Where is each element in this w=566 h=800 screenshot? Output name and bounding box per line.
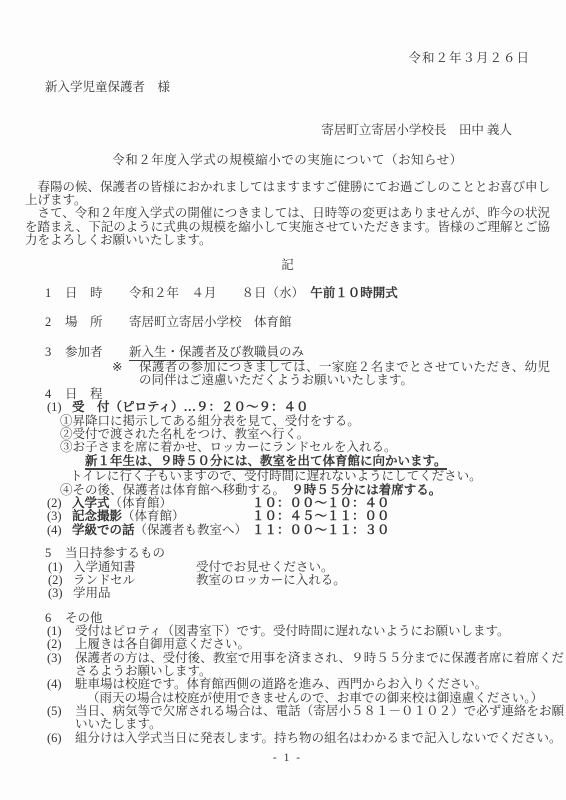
belongings-row-supplies: (3)学用品 (48, 587, 550, 600)
section-label: その他 (65, 611, 103, 625)
section-label: 参加者 (65, 346, 129, 359)
item-text: 当日、病気等で欠席される場合は、電話（寄居小５８１－０１０２）で必ず連絡をお願い… (75, 705, 564, 732)
belongings-row-randoseru: (2)ランドセル 教室のロッカーに入れる。 (48, 574, 550, 587)
section-number: 4 (45, 388, 65, 401)
section-number: 3 (45, 346, 65, 359)
item-text: 保護者の方は、受付後、教室で用事を済まされ、９時５５分までに保護者席に着席くださ… (75, 652, 564, 679)
section-datetime: 1日 時令和２年 ４月 ８日（水） 午前１０時開式 (45, 287, 550, 300)
schedule-item-time: １０：４５～１１：００ (252, 510, 390, 523)
section-label: 場 所 (65, 316, 129, 329)
schedule-item-place: （体育館） (110, 496, 173, 510)
schedule-item-time: １１：００～１１：３０ (252, 524, 390, 537)
note-text: 保護者の参加につきましては、一家庭２名までとさせていただき、幼児の同伴はご遠慮い… (139, 361, 550, 387)
item-subtext: （雨天の場合は校庭が使用できませんので、お車での御来校は御遠慮ください。） (87, 692, 564, 705)
schedule-item-label: 記念撮影 (72, 509, 122, 523)
note-marker: ※ (112, 361, 139, 387)
section-place: 2場 所寄居町立寄居小学校 体育館 (45, 316, 550, 329)
section-participants: 3参加者新入生・保護者及び教職員のみ (45, 346, 550, 359)
seating-deadline: ９時５５分には着席する。 (291, 483, 441, 497)
item-text-main: 駐車場は校庭です。体育館西側の道路を進み、西門からお入りください。 (75, 677, 487, 691)
addressee: 新入学児童保護者 様 (45, 81, 550, 94)
item-text-main: 保護者の方は、受付後、教室で用事を済まされ、９時５５分までに保護者席に着席くださ… (75, 651, 564, 678)
section-label: 日 時 (65, 287, 129, 300)
section-number: 2 (45, 316, 65, 329)
item-number: (5) (47, 705, 75, 732)
schedule-item-label: 入学式 (72, 496, 110, 510)
item-text: 組分けは入学式当日に発表します。持ち物の組名はわかるまで記入しないでください。 (75, 732, 564, 745)
item-number: (2) (47, 638, 75, 651)
section-number: 6 (45, 612, 65, 625)
document-title: 令和２年度入学式の規模縮小での実施について（お知らせ） (25, 154, 550, 167)
other-item-row: (6) 組分けは入学式当日に発表します。持ち物の組名はわかるまで記入しないでくだ… (47, 732, 564, 745)
item-description: 受付でお見せください。 (196, 561, 334, 574)
sender-signature: 寄居町立寄居小学校長 田中 義人 (25, 124, 550, 137)
item-number: (2) (47, 497, 72, 510)
item-number: (1) (48, 561, 73, 574)
reception-title-row: (1)受 付（ピロティ）…９：２０～９：４０ (47, 401, 550, 414)
belongings-row-notice: (1)入学通知書 受付でお見せください。 (48, 561, 550, 574)
item-number: (1) (47, 401, 72, 414)
item-text-main: 当日、病気等で欠席される場合は、電話（寄居小５８１－０１０２）で必ず連絡をお願い… (75, 704, 564, 731)
parents-move-text: ④その後、保護者は体育館へ移動する。 (60, 483, 291, 497)
document-date: 令和２年３月２６日 (25, 52, 550, 65)
item-number: (3) (47, 652, 75, 679)
item-text: 駐車場は校庭です。体育館西側の道路を進み、西門からお入りください。（雨天の場合は… (75, 678, 564, 705)
item-text: 上履きは各自御用意ください。 (75, 638, 564, 651)
section-number: 5 (45, 547, 65, 560)
ceremony-start-time: 午前１０時開式 (310, 286, 398, 300)
item-number: (3) (48, 587, 73, 600)
reception-step-1: ①昇降口に掲示してある組分表を見て、受付をする。 (60, 415, 550, 428)
item-number: (3) (47, 510, 72, 523)
parents-move-step: ④その後、保護者は体育館へ移動する。 ９時５５分には着席する。 (60, 484, 550, 497)
greeting-paragraph: 春陽の候、保護者の皆様におかれましてはますますご健勝にてお過ごしのこととお喜び申… (25, 181, 550, 208)
schedule-row-classtalk: (4)学級での話（保護者も教室へ） １１：００～１１：３０ (47, 524, 550, 537)
item-name: 入学通知書 (73, 560, 136, 574)
reception-step-3: ③お子さまを席に着かせ、ロッカーにランドセルを入れる。 (60, 441, 550, 454)
participants-value: 新入生・保護者及び教職員のみ (129, 345, 304, 361)
page-number: - 1 - (25, 752, 550, 765)
toilet-note: トイレに行く子もいますので、受付時間に遅れないようにしてください。 (70, 470, 550, 483)
first-grader-notice-row: 新１年生は、９時５０分には、教室を出て体育館に向かいます。 (85, 455, 550, 470)
participants-note: ※ 保護者の参加につきましては、一家庭２名までとさせていただき、幼児の同伴はご遠… (112, 361, 550, 387)
section-number: 1 (45, 287, 65, 300)
item-text-main: 組分けは入学式当日に発表します。持ち物の組名はわかるまで記入しないでください。 (75, 731, 562, 745)
section-belongings-heading: 5当日持参するもの (45, 547, 550, 560)
other-item-row: (3) 保護者の方は、受付後、教室で用事を済まされ、９時５５分までに保護者席に着… (47, 652, 564, 679)
item-name: ランドセル (73, 573, 135, 587)
schedule-item-place: （保護者も教室へ） (135, 523, 248, 537)
record-marker: 記 (25, 259, 550, 272)
schedule-item-time: １０：００～１０：４０ (252, 497, 390, 510)
item-description: 教室のロッカーに入れる。 (196, 574, 346, 587)
item-number: (4) (47, 678, 75, 705)
other-item-row: (2) 上履きは各自御用意ください。 (47, 638, 564, 651)
item-name: 学用品 (73, 586, 111, 600)
document-page: 令和２年３月２６日 新入学児童保護者 様 寄居町立寄居小学校長 田中 義人 令和… (0, 0, 566, 800)
first-grader-notice: 新１年生は、９時５０分には、教室を出て体育館に向かいます。 (85, 455, 447, 470)
reception-title: 受 付（ピロティ）…９：２０～９：４０ (72, 400, 309, 414)
section-label: 当日持参するもの (65, 546, 165, 560)
place-value: 寄居町立寄居小学校 体育館 (129, 315, 292, 329)
item-number: (1) (47, 625, 75, 638)
schedule-item-place: （体育館） (122, 509, 185, 523)
other-item-row: (5) 当日、病気等で欠席される場合は、電話（寄居小５８１－０１０２）で必ず連絡… (47, 705, 564, 732)
item-text-main: 上履きは各自御用意ください。 (75, 637, 250, 651)
body-paragraph: さて、令和２年度入学式の開催につきましては、日時等の変更はありませんが、昨今の状… (25, 207, 550, 247)
item-number: (6) (47, 732, 75, 745)
datetime-value: 令和２年 ４月 ８日（水） (129, 286, 310, 300)
other-item-row: (4) 駐車場は校庭です。体育館西側の道路を進み、西門からお入りください。（雨天… (47, 678, 564, 705)
schedule-row-photo: (3)記念撮影（体育館） １０：４５～１１：００ (47, 510, 550, 523)
item-number: (2) (48, 574, 73, 587)
schedule-item-label: 学級での話 (72, 523, 135, 537)
item-number: (4) (47, 524, 72, 537)
